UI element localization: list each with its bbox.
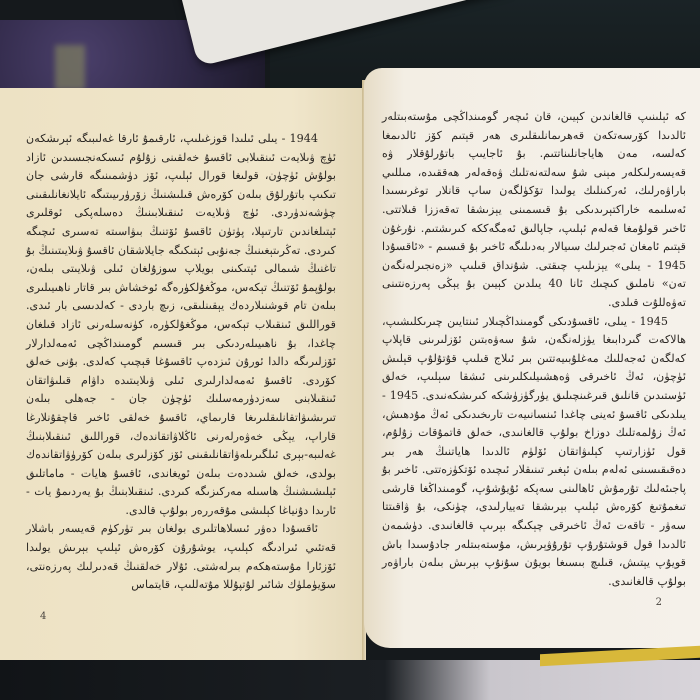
- paragraph: 1944 - يىلى ئىلىدا قوزغىلىپ، ئارقىمۇ ئار…: [26, 130, 336, 520]
- page-number: 4: [40, 611, 46, 622]
- right-page-text: كە ئېلىنىپ قالغاندىن كېيىن، قان ئىچەر گو…: [382, 108, 686, 591]
- left-page-text: 1944 - يىلى ئىلىدا قوزغىلىپ، ئارقىمۇ ئار…: [26, 130, 336, 595]
- left-page: 1944 - يىلى ئىلىدا قوزغىلىپ، ئارقىمۇ ئار…: [0, 88, 364, 668]
- paragraph: كە ئېلىنىپ قالغاندىن كېيىن، قان ئىچەر گو…: [382, 108, 686, 313]
- background-bottom: [0, 660, 700, 700]
- paragraph: 1945 - يىلى، ئاقسۇدىكى گومىنداڭچىلار ئىن…: [382, 313, 686, 592]
- paragraph: ئاقسۇدا دەۋر ئىسلاھاتلىرى بولغان بىر تۈر…: [26, 520, 336, 594]
- right-page: كە ئېلىنىپ قالغاندىن كېيىن، قان ئىچەر گو…: [364, 68, 700, 648]
- background-object: [55, 45, 85, 90]
- page-number: 2: [656, 597, 662, 608]
